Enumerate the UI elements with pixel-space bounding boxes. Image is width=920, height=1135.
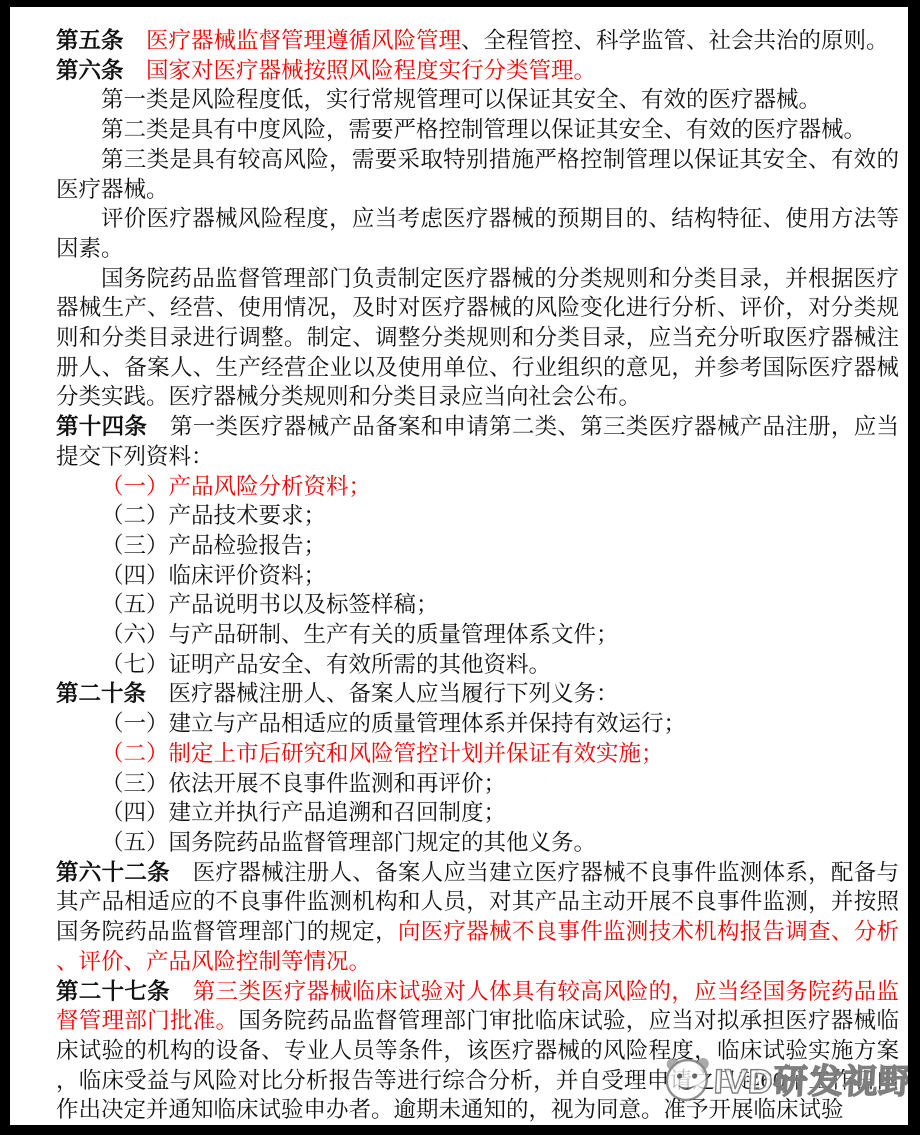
article-20: 第二十条 医疗器械注册人、备案人应当履行下列义务： [56,679,899,709]
article-number: 第十四条 [56,414,147,439]
text-segment: （四）临床评价资料； [101,563,326,588]
article-20-item-5: （五）国务院药品监督管理部门规定的其他义务。 [56,828,899,858]
risk-evaluation-paragraph: 评价医疗器械风险程度，应当考虑医疗器械的预期目的、结构特征、使用方法等因素。 [56,204,899,263]
article-14: 第十四条 第一类医疗器械产品备案和申请第二类、第三类医疗器械产品注册，应当提交下… [56,412,899,471]
text-segment: 评价医疗器械风险程度，应当考虑医疗器械的预期目的、结构特征、使用方法等因素。 [56,206,899,261]
article-20-item-2: （二）制定上市后研究和风险管控计划并保证有效实施； [56,739,899,769]
article-14-item-7: （七）证明产品安全、有效所需的其他资料。 [56,650,899,680]
text-segment: （三）依法开展不良事件监测和再评价； [101,771,506,796]
document-screenshot: { "page": { "frame_color": "#000000", "b… [0,0,920,1135]
text-segment: （二）产品技术要求； [101,503,326,528]
article-6: 第六条 国家对医疗器械按照风险程度实行分类管理。 [56,56,899,86]
text-segment: 第一类医疗器械产品备案和申请第二类、第三类医疗器械产品注册，应当提交下列资料： [56,414,899,469]
article-14-item-2: （二）产品技术要求； [56,501,899,531]
article-14-item-1: （一）产品风险分析资料； [56,472,899,502]
article-14-item-4: （四）临床评价资料； [56,561,899,591]
page-frame: 第五条 医疗器械监督管理遵循风险管理、全程管控、科学监管、社会共治的原则。第六条… [0,0,920,1135]
text-segment: （一）建立与产品相适应的质量管理体系并保持有效运行； [101,711,686,736]
article-14-item-3: （三）产品检验报告； [56,531,899,561]
text-segment: 第三类是具有较高风险，需要采取特别措施严格控制管理以保证其安全、有效的医疗器械。 [56,147,899,202]
classification-rules-paragraph: 国务院药品监督管理部门负责制定医疗器械的分类规则和分类目录，并根据医疗器械生产、… [56,264,899,413]
text-segment: （六）与产品研制、生产有关的质量管理体系文件； [101,622,619,647]
text-segment [124,28,147,53]
class-3-definition: 第三类是具有较高风险，需要采取特别措施严格控制管理以保证其安全、有效的医疗器械。 [56,145,899,204]
text-segment: 、全程管控、科学监管、社会共治的原则。 [461,28,889,53]
text-segment: （四）建立并执行产品追溯和召回制度； [101,800,506,825]
class-2-definition: 第二类是具有中度风险，需要严格控制管理以保证其安全、有效的医疗器械。 [56,115,899,145]
text-segment: 国家对医疗器械按照风险程度实行分类管理。 [146,58,596,83]
text-segment: 国务院药品监督管理部门负责制定医疗器械的分类规则和分类目录，并根据医疗器械生产、… [56,266,899,410]
text-segment [170,979,193,1004]
article-27: 第二十七条 第三类医疗器械临床试验对人体具有较高风险的，应当经国务院药品监督管理… [56,977,899,1126]
text-segment: 第一类是风险程度低，实行常规管理可以保证其安全、有效的医疗器械。 [101,87,821,112]
article-number: 第五条 [56,28,124,53]
text-segment: （二）制定上市后研究和风险管控计划并保证有效实施； [101,741,664,766]
article-20-item-4: （四）建立并执行产品追溯和召回制度； [56,798,899,828]
text-segment [124,58,147,83]
article-62: 第六十二条 医疗器械注册人、备案人应当建立医疗器械不良事件监测体系，配备与其产品… [56,858,899,977]
article-14-item-5: （五）产品说明书以及标签样稿； [56,590,899,620]
article-number: 第二十七条 [56,979,170,1004]
article-20-item-3: （三）依法开展不良事件监测和再评价； [56,769,899,799]
article-5: 第五条 医疗器械监督管理遵循风险管理、全程管控、科学监管、社会共治的原则。 [56,26,899,56]
article-20-item-1: （一）建立与产品相适应的质量管理体系并保持有效运行； [56,709,899,739]
class-1-definition: 第一类是风险程度低，实行常规管理可以保证其安全、有效的医疗器械。 [56,85,899,115]
text-segment: 医疗器械监督管理遵循风险管理 [146,28,461,53]
text-segment: （一）产品风险分析资料； [101,474,371,499]
text-segment: （三）产品检验报告； [101,533,326,558]
article-number: 第二十条 [56,681,146,706]
document-body: 第五条 医疗器械监督管理遵循风险管理、全程管控、科学监管、社会共治的原则。第六条… [56,26,899,1125]
text-segment: （七）证明产品安全、有效所需的其他资料。 [101,652,551,677]
text-segment: 第二类是具有中度风险，需要严格控制管理以保证其安全、有效的医疗器械。 [101,117,866,142]
text-segment: （五）国务院药品监督管理部门规定的其他义务。 [101,830,596,855]
article-number: 第六条 [56,58,124,83]
document-page: 第五条 医疗器械监督管理遵循风险管理、全程管控、科学监管、社会共治的原则。第六条… [10,7,908,1125]
article-number: 第六十二条 [56,860,170,885]
article-14-item-6: （六）与产品研制、生产有关的质量管理体系文件； [56,620,899,650]
text-segment: 医疗器械注册人、备案人应当履行下列义务： [146,681,619,706]
text-segment: （五）产品说明书以及标签样稿； [101,592,439,617]
